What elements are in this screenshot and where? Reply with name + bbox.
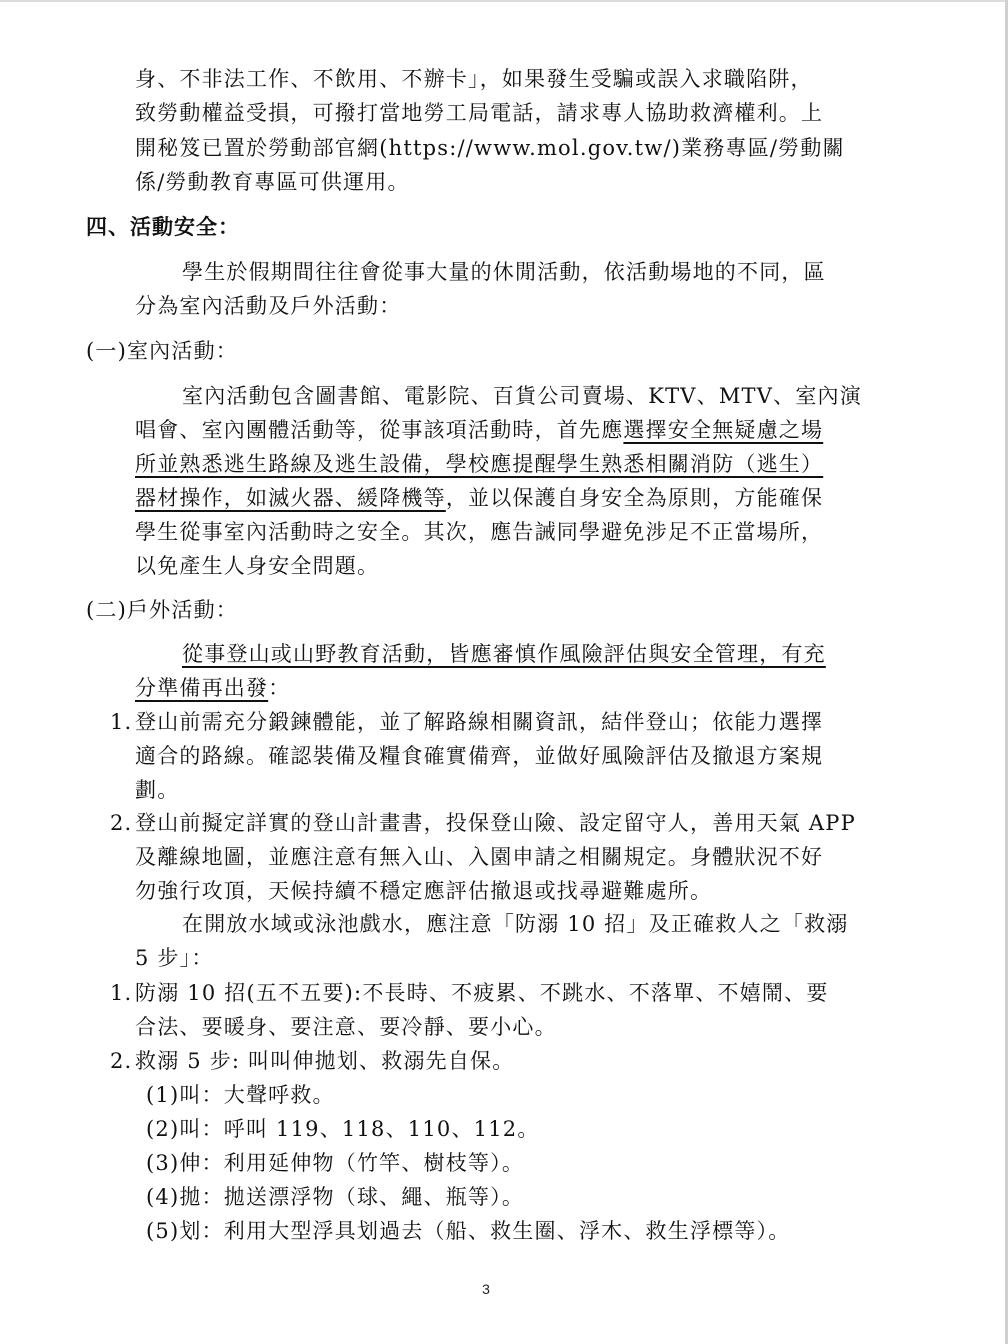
underlined-text: 器材操作，如滅火器、緩降機等 <box>135 486 446 510</box>
list-item-line: 勿強行攻頂，天候持續不穩定應評估撤退或找尋避難處所。 <box>135 876 712 906</box>
indoor-line: 所並熟悉逃生路線及逃生設備，學校應提醒學生熟悉相關消防（逃生） <box>135 449 823 479</box>
list-item-line: 救溺 5 步: 叫叫伸拋划、救溺先自保。 <box>135 1046 514 1076</box>
rescue-step: (3)伸：利用延伸物（竹竿、樹枝等）。 <box>146 1148 524 1178</box>
rescue-step: (2)叫：呼叫 119、118、110、112。 <box>146 1114 540 1144</box>
list-item-number: 1. <box>110 707 132 737</box>
intro-line: 學生於假期間往往會從事大量的休閒活動，依活動場地的不同，區 <box>182 257 826 287</box>
plain-text: 唱會、室內團體活動等，從事該項活動時，首先應 <box>135 418 623 442</box>
continuation-line: 開秘笈已置於勞動部官網(https://www.mol.gov.tw/)業務專區… <box>135 133 845 163</box>
underlined-text: 分準備再出發 <box>135 676 268 700</box>
subsection-heading-indoor: (一)室內活動： <box>86 336 238 366</box>
list-item-line: 適合的路線。確認裝備及糧食確實備齊，並做好風險評估及撤退方案規 <box>135 741 823 771</box>
continuation-line: 身、不非法工作、不飲用、不辦卡」，如果發生受騙或誤入求職陷阱， <box>135 64 813 94</box>
list-item-line: 登山前需充分鍛鍊體能，並了解路線相關資訊，結伴登山；依能力選擇 <box>135 707 823 737</box>
indoor-line: 唱會、室內團體活動等，從事該項活動時，首先應選擇安全無疑慮之場 <box>135 415 823 445</box>
page-edge-top <box>0 0 1008 2</box>
water-intro-line: 5 步」： <box>135 943 214 973</box>
intro-line: 分為室內活動及戶外活動： <box>135 291 401 321</box>
outdoor-intro-line: 分準備再出發： <box>135 673 290 703</box>
plain-text: ： <box>268 676 290 700</box>
list-item-line: 合法、要暖身、要注意、要冷靜、要小心。 <box>135 1012 557 1042</box>
list-item-line: 登山前擬定詳實的登山計畫書，投保登山險、設定留守人，善用天氣 APP <box>135 808 856 838</box>
section-heading: 四、活動安全： <box>86 212 240 242</box>
list-item-number: 1. <box>110 978 132 1008</box>
plain-text: ，並以保護自身安全為原則，方能確保 <box>446 486 823 510</box>
rescue-step: (1)叫：大聲呼救。 <box>146 1080 335 1110</box>
indoor-line: 室內活動包含圖書館、電影院、百貨公司賣場、KTV、MTV、室內演 <box>182 381 862 411</box>
indoor-line: 以免產生人身安全問題。 <box>135 551 379 581</box>
underlined-text: 所並熟悉逃生路線及逃生設備，學校應提醒學生熟悉相關消防（逃生） <box>135 452 823 476</box>
page-number: 3 <box>0 1281 972 1297</box>
rescue-step: (4)拋：拋送漂浮物（球、繩、瓶等）。 <box>146 1182 524 1212</box>
plain-text: 室內活動包含圖書館、電影院、百貨公司賣場、KTV、MTV、室內演 <box>182 384 862 408</box>
list-item-line: 劃。 <box>135 775 179 805</box>
list-item-number: 2. <box>110 808 132 838</box>
continuation-line: 係/勞動教育專區可供運用。 <box>135 167 410 197</box>
water-intro-line: 在開放水域或泳池戲水，應注意「防溺 10 招」及正確救人之「救溺 <box>182 909 848 939</box>
list-item-line: 防溺 10 招(五不五要):不長時、不疲累、不跳水、不落單、不嬉鬧、要 <box>135 978 829 1008</box>
indoor-line: 器材操作，如滅火器、緩降機等，並以保護自身安全為原則，方能確保 <box>135 483 823 513</box>
plain-text: 學生從事室內活動時之安全。其次，應告誡同學避免涉足不正當場所， <box>135 520 823 544</box>
plain-text: 以免產生人身安全問題。 <box>135 554 379 578</box>
underlined-text: 選擇安全無疑慮之場 <box>623 418 823 442</box>
continuation-line: 致勞動權益受損，可撥打當地勞工局電話，請求專人協助救濟權利。上 <box>135 98 823 128</box>
underlined-text: 從事登山或山野教育活動，皆應審慎作風險評估與安全管理，有充 <box>182 642 826 666</box>
rescue-step: (5)划：利用大型浮具划過去（船、救生圈、浮木、救生浮標等）。 <box>146 1216 790 1246</box>
subsection-heading-outdoor: (二)戶外活動： <box>86 595 238 625</box>
outdoor-intro-line: 從事登山或山野教育活動，皆應審慎作風險評估與安全管理，有充 <box>182 639 826 669</box>
list-item-line: 及離線地圖，並應注意有無入山、入園申請之相關規定。身體狀況不好 <box>135 842 823 872</box>
indoor-line: 學生從事室內活動時之安全。其次，應告誡同學避免涉足不正當場所， <box>135 517 823 547</box>
list-item-number: 2. <box>110 1046 132 1076</box>
